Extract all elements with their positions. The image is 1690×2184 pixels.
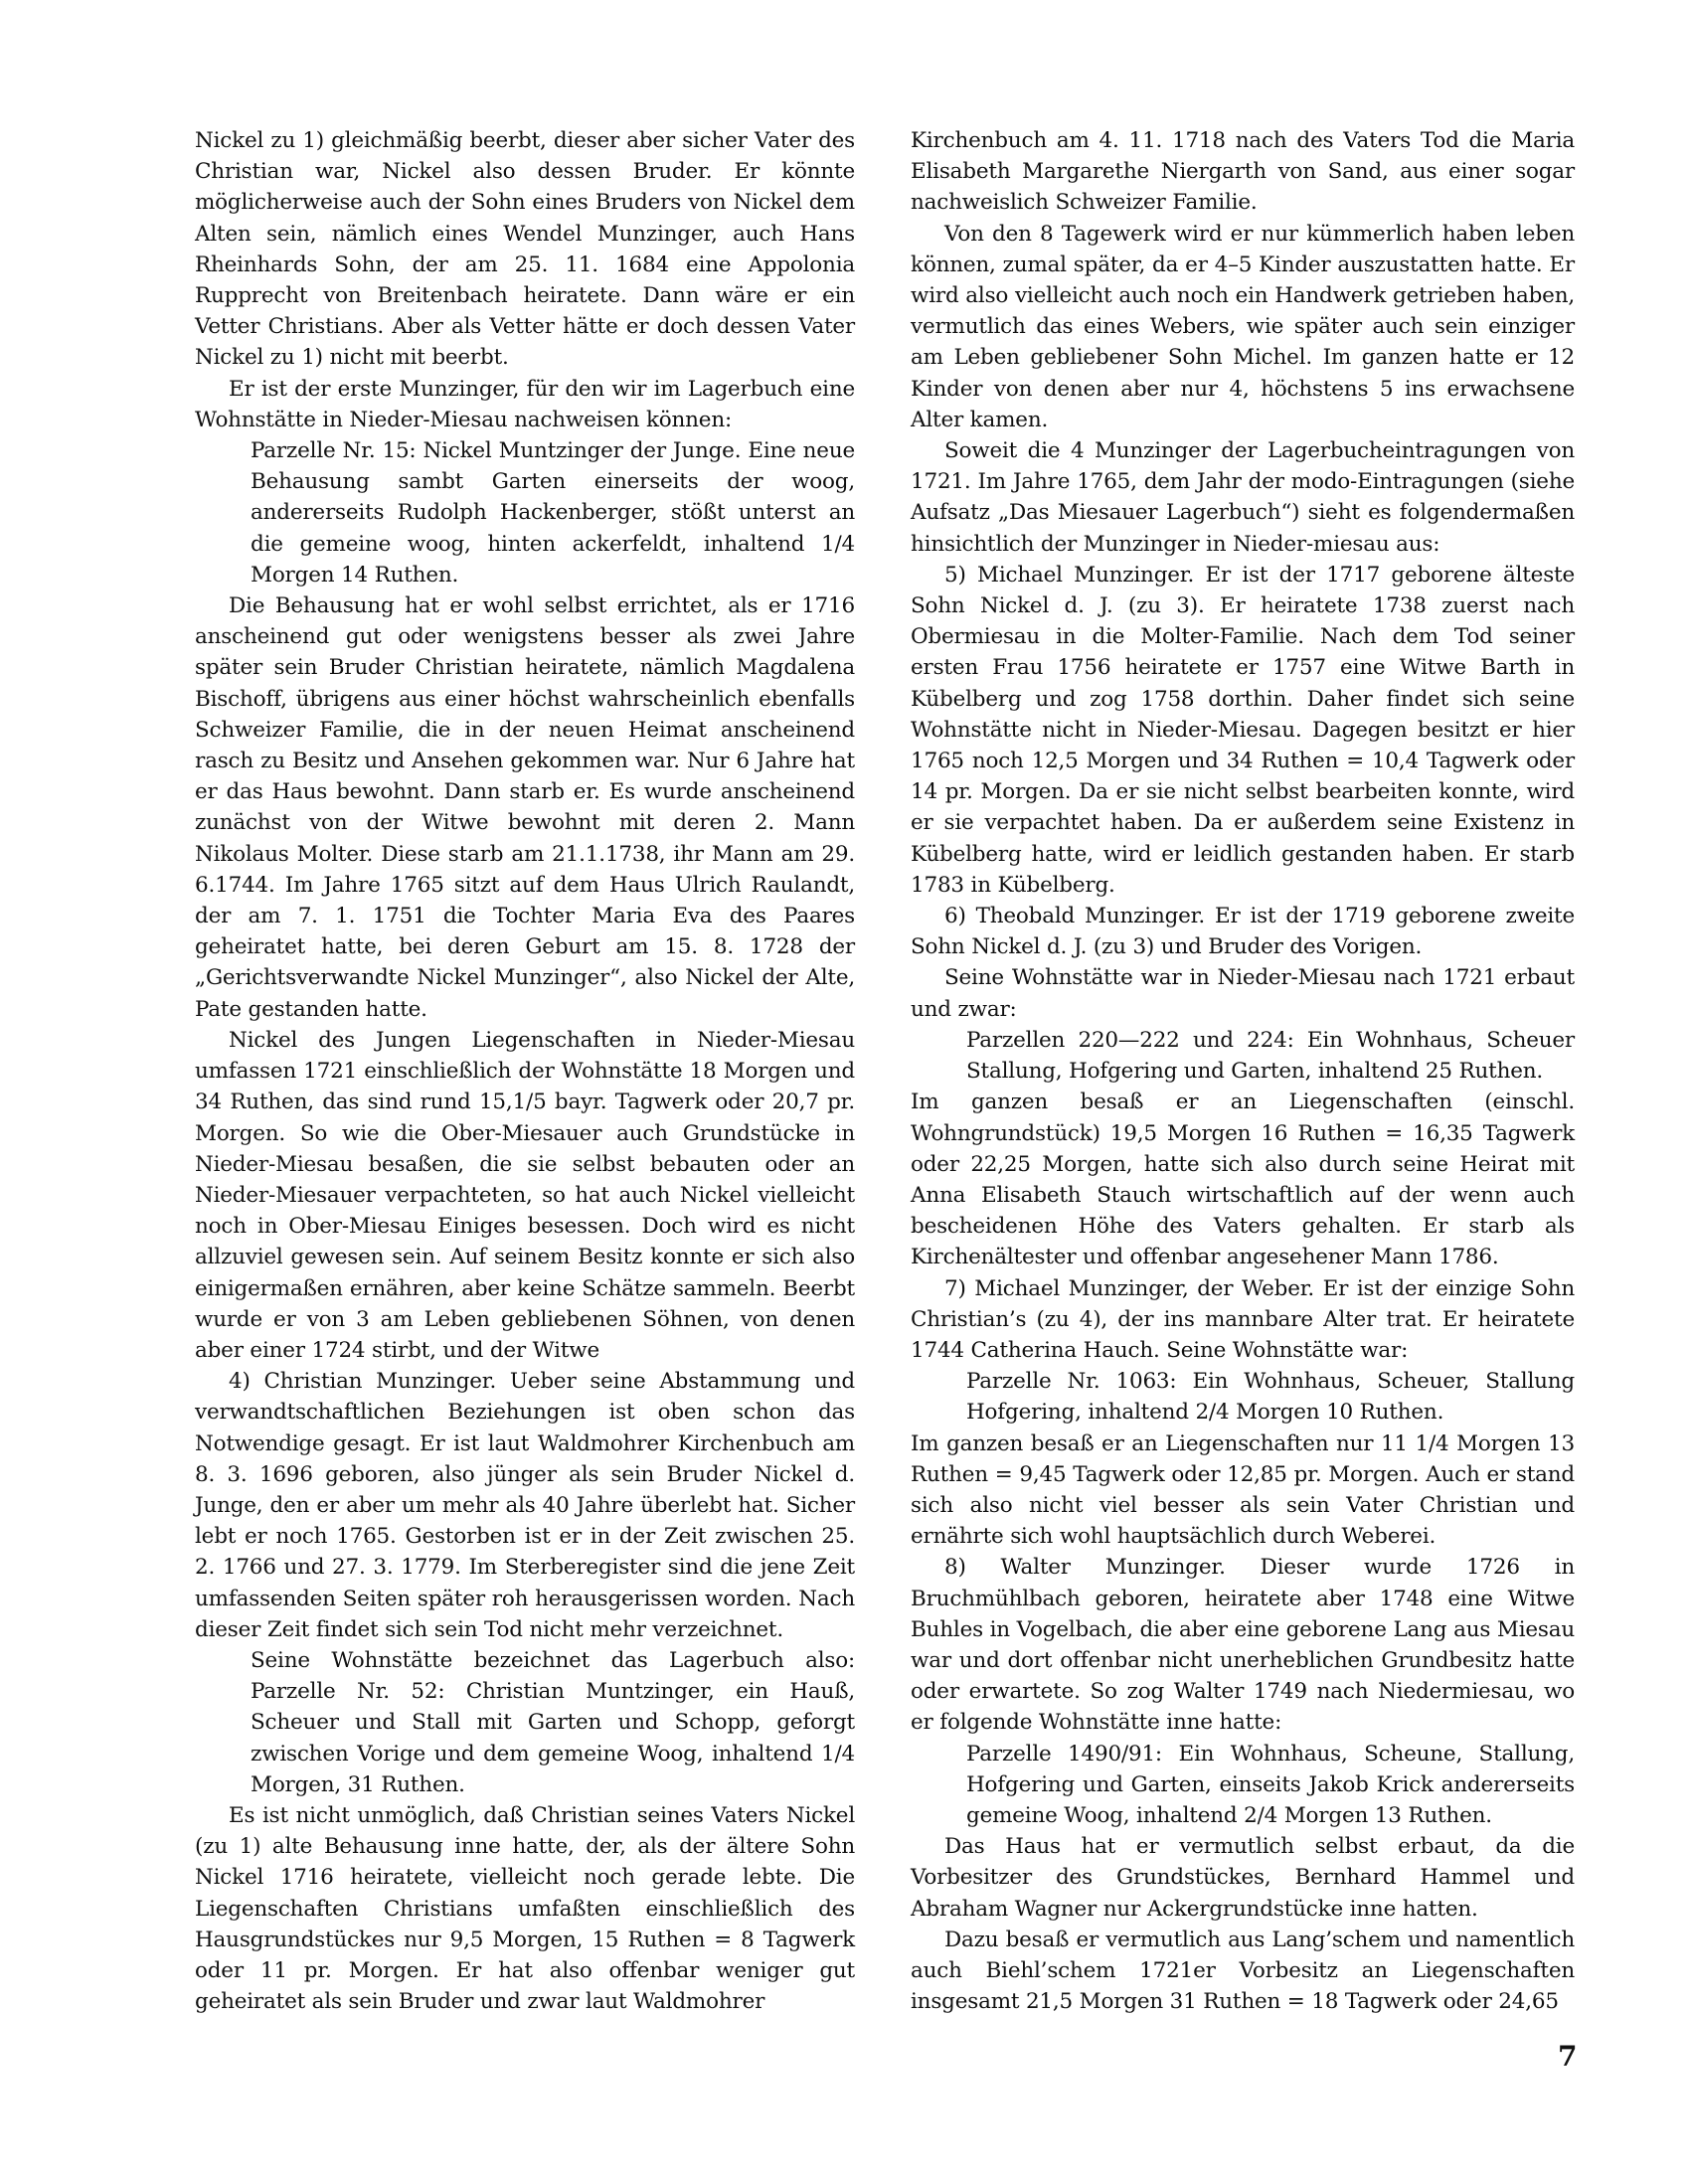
paragraph-theobald-munzinger: 6) Theobald Munzinger. Er ist der 1719 g… xyxy=(911,901,1575,962)
paragraph: Dazu besaß er vermutlich aus Lang’schem … xyxy=(911,1925,1575,2018)
paragraph: Seine Wohnstätte war in Nieder-Miesau na… xyxy=(911,962,1575,1024)
paragraph: Nickel zu 1) gleichmäßig beerbt, dieser … xyxy=(195,125,855,374)
paragraph: Es ist nicht unmöglich, daß Christian se… xyxy=(195,1800,855,2017)
paragraph: Die Behausung hat er wohl selbst erricht… xyxy=(195,590,855,1025)
lagerbuch-quote: Parzellen 220—222 und 224: Ein Wohnhaus,… xyxy=(911,1025,1575,1087)
paragraph: Soweit die 4 Munzinger der Lagerbucheint… xyxy=(911,435,1575,560)
paragraph-walter-munzinger: 8) Walter Munzinger. Dieser wurde 1726 i… xyxy=(911,1552,1575,1738)
lagerbuch-quote: Parzelle Nr. 1063: Ein Wohnhaus, Scheuer… xyxy=(911,1366,1575,1428)
paragraph-christian-munzinger: 4) Christian Munzinger. Ueber seine Abst… xyxy=(195,1366,855,1645)
paragraph: Nickel des Jungen Liegenschaften in Nied… xyxy=(195,1025,855,1366)
lagerbuch-quote: Seine Wohnstätte bezeichnet das Lagerbuc… xyxy=(195,1645,855,1800)
lagerbuch-quote: Parzelle 1490/91: Ein Wohnhaus, Scheune,… xyxy=(911,1739,1575,1832)
paragraph-michael-weber: 7) Michael Munzinger, der Weber. Er ist … xyxy=(911,1273,1575,1367)
paragraph: Im ganzen besaß er an Liegenschaften (ei… xyxy=(911,1087,1575,1272)
paragraph: Kirchenbuch am 4. 11. 1718 nach des Vate… xyxy=(911,125,1575,219)
paragraph-michael-munzinger: 5) Michael Munzinger. Er ist der 1717 ge… xyxy=(911,560,1575,901)
paragraph: Er ist der erste Munzinger, für den wir … xyxy=(195,374,855,435)
left-column: Nickel zu 1) gleichmäßig beerbt, dieser … xyxy=(195,125,855,2017)
lagerbuch-quote: Parzelle Nr. 15: Nickel Muntzinger der J… xyxy=(195,435,855,590)
right-column: Kirchenbuch am 4. 11. 1718 nach des Vate… xyxy=(911,125,1575,2017)
document-page: Nickel zu 1) gleichmäßig beerbt, dieser … xyxy=(0,0,1690,2184)
paragraph: Von den 8 Tagewerk wird er nur kümmerlic… xyxy=(911,219,1575,435)
paragraph: Im ganzen besaß er an Liegenschaften nur… xyxy=(911,1428,1575,1553)
page-number: 7 xyxy=(1558,2040,1577,2073)
paragraph: Das Haus hat er vermutlich selbst erbaut… xyxy=(911,1831,1575,1925)
